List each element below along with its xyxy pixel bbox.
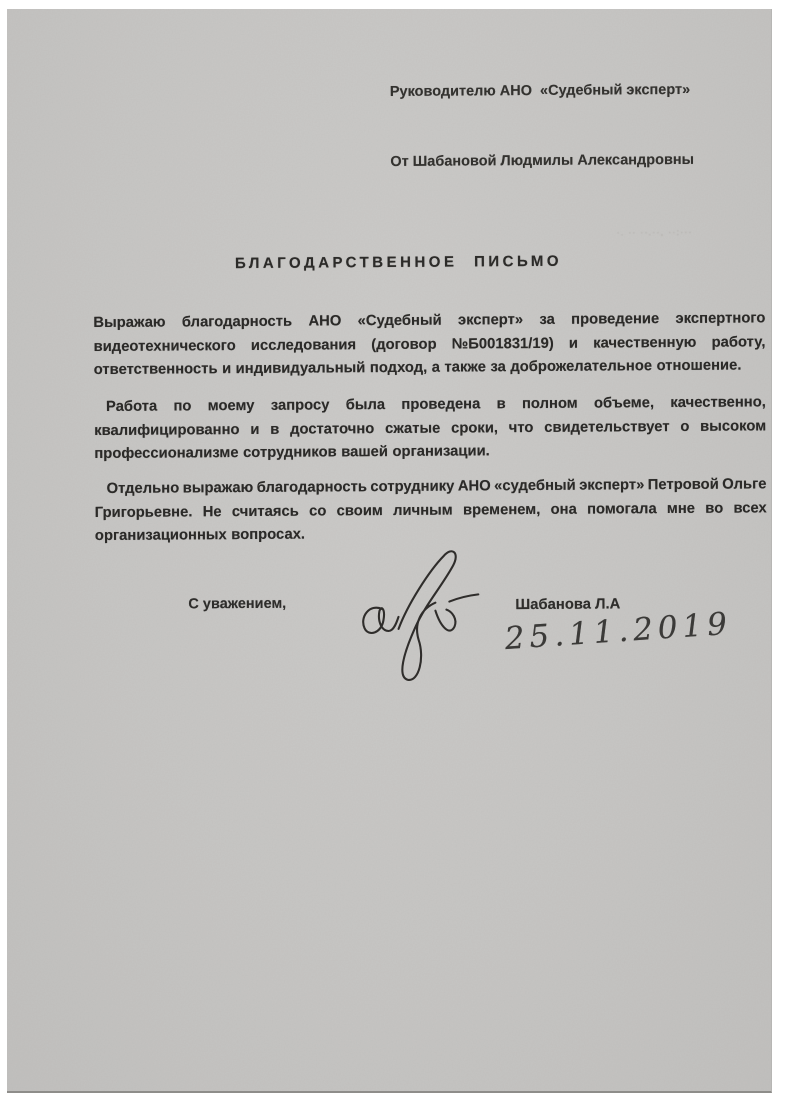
handwritten-date: 25.11.2019 — [504, 606, 733, 657]
scanned-page: Руководителю АНО «Судебный эксперт» От Ш… — [7, 9, 772, 1093]
scan-artifact-text: ·. ·· ··.··, ··:··· — [617, 228, 727, 238]
handwritten-signature — [355, 542, 486, 691]
paragraph-work-quality: Работапомоемузапросубылапроведенавполном… — [94, 394, 766, 469]
recipient-line: Руководителю АНО «Судебный эксперт» — [390, 71, 694, 111]
letter-title: БЛАГОДАРСТВЕННОЕ ПИСЬМО — [86, 252, 711, 273]
paragraph-gratitude: ВыражаюблагодарностьАНО«Судебныйэксперт»… — [93, 310, 765, 385]
paragraph-employee-thanks: ОтдельновыражаюблагодарностьсотрудникуАН… — [95, 476, 767, 551]
letter-header: Руководителю АНО «Судебный эксперт» От Ш… — [389, 39, 694, 213]
letter-content: Руководителю АНО «Судебный эксперт» От Ш… — [3, 6, 775, 1093]
signer-name: Шабанова Л.А — [515, 596, 620, 613]
sender-line: От Шабановой Людмилы Александровны — [390, 141, 694, 181]
closing-salutation: С уважением, — [188, 596, 286, 613]
